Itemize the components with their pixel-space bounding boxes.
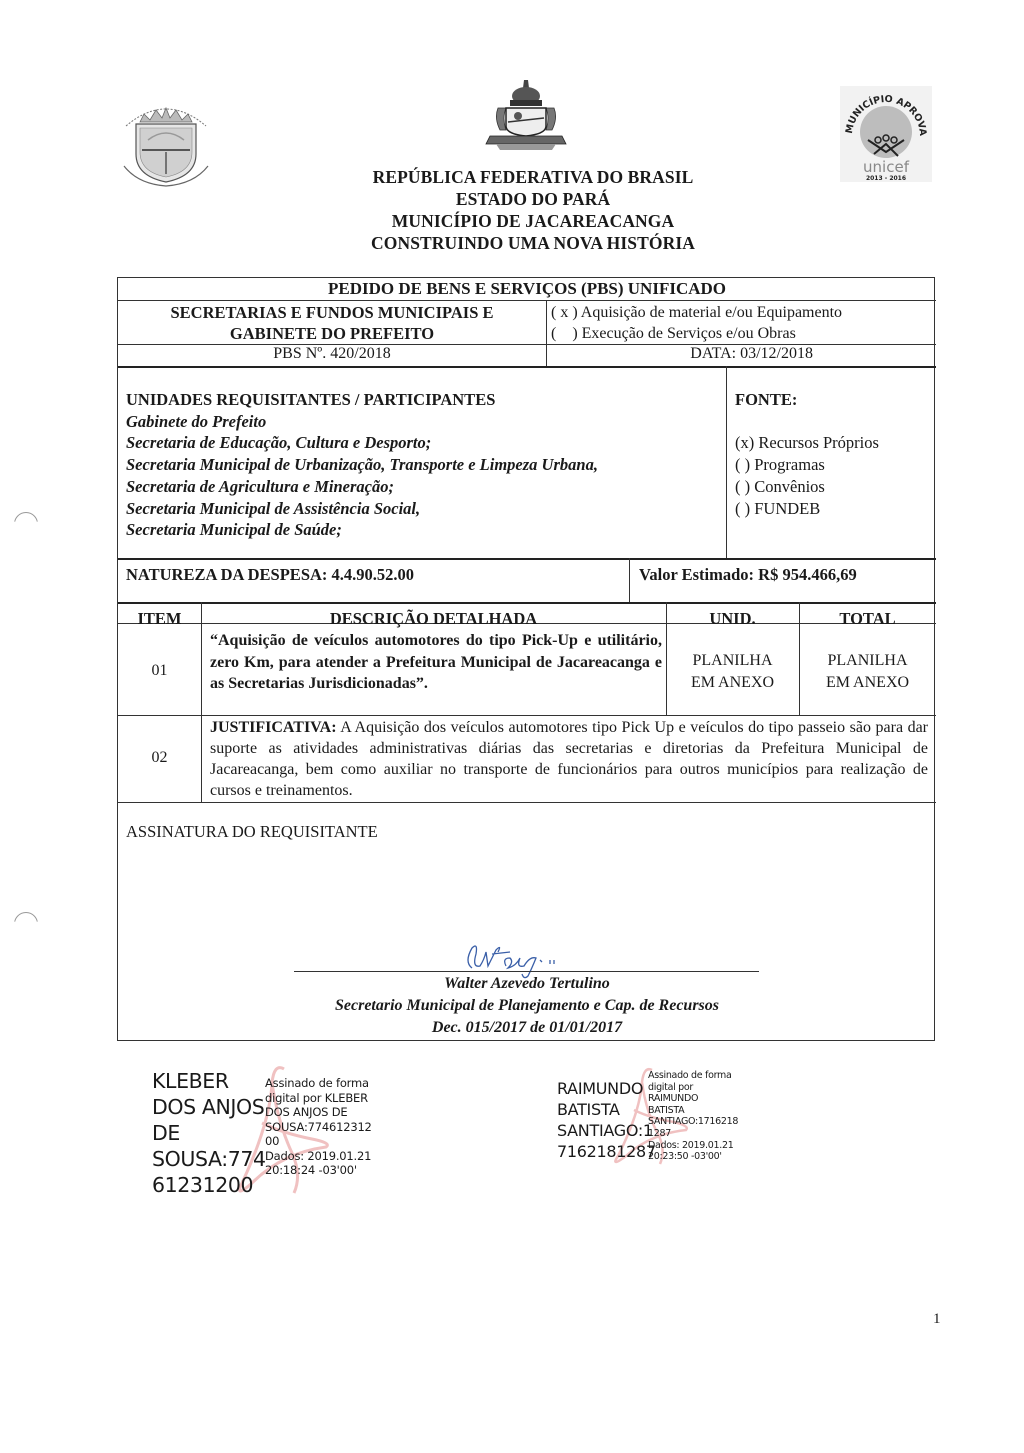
divider bbox=[118, 366, 936, 368]
option-acquisition[interactable]: ( x ) Aquisição de material e/ou Equipam… bbox=[551, 302, 842, 323]
unicef-seal-icon: MUNICÍPIO APROVADO unicef 2013 - 2016 bbox=[838, 84, 934, 184]
funding-source: FONTE: (x) Recursos Próprios ( ) Program… bbox=[735, 389, 879, 519]
divider bbox=[118, 715, 936, 716]
unit-item: Secretaria de Educação, Cultura e Despor… bbox=[126, 432, 598, 454]
signature-line bbox=[294, 971, 759, 972]
divider bbox=[546, 300, 547, 345]
estimated-value: Valor Estimado: R$ 954.466,69 bbox=[639, 565, 857, 585]
pbs-number: PBS Nº. 420/2018 bbox=[118, 345, 546, 363]
divider bbox=[118, 602, 936, 604]
punch-hole-mark bbox=[14, 512, 38, 536]
fonte-checkbox[interactable]: ( ) bbox=[735, 455, 750, 474]
signer-block: Walter Azevedo Tertulino Secretario Muni… bbox=[118, 973, 936, 1039]
header-line-slogan: CONSTRUINDO UMA NOVA HISTÓRIA bbox=[300, 232, 766, 254]
row-justification: JUSTIFICATIVA: A Aquisição dos veículos … bbox=[210, 717, 928, 801]
requesting-units: UNIDADES REQUISITANTES / PARTICIPANTES G… bbox=[126, 389, 598, 541]
expense-nature: NATUREZA DA DESPESA: 4.4.90.52.00 bbox=[126, 565, 414, 585]
column-header-unid: UNID. bbox=[666, 609, 799, 629]
request-type-options: ( x ) Aquisição de material e/ou Equipam… bbox=[551, 302, 842, 344]
row-item-number: 02 bbox=[118, 749, 201, 767]
digital-signature-name: KLEBER DOS ANJOS DE SOUSA:774 61231200 bbox=[152, 1068, 266, 1198]
column-header-item: ITEM bbox=[118, 609, 201, 629]
pbs-form: PEDIDO DE BENS E SERVIÇOS (PBS) UNIFICAD… bbox=[117, 277, 935, 1041]
unit-item: Secretaria Municipal de Urbanização, Tra… bbox=[126, 454, 598, 476]
pbs-date: DATA: 03/12/2018 bbox=[548, 345, 936, 363]
divider bbox=[118, 558, 936, 560]
signer-role: Secretario Municipal de Planejamento e C… bbox=[118, 995, 936, 1017]
svg-text:unicef: unicef bbox=[863, 158, 910, 176]
fonte-option-convenios[interactable]: ( ) Convênios bbox=[735, 476, 879, 498]
fonte-option-programas[interactable]: ( ) Programas bbox=[735, 454, 879, 476]
row-description: “Aquisição de veículos automotores do ti… bbox=[210, 630, 662, 695]
fonte-heading: FONTE: bbox=[735, 389, 879, 411]
divider bbox=[546, 344, 547, 366]
divider bbox=[118, 300, 936, 301]
form-title: PEDIDO DE BENS E SERVIÇOS (PBS) UNIFICAD… bbox=[118, 279, 936, 299]
page-number: 1 bbox=[933, 1311, 941, 1328]
justification-label: JUSTIFICATIVA: bbox=[210, 719, 337, 736]
punch-hole-mark bbox=[14, 912, 38, 936]
para-state-coat-of-arms-icon bbox=[482, 78, 570, 152]
fonte-option-fundeb[interactable]: ( ) FUNDEB bbox=[735, 498, 879, 520]
option-checkbox[interactable]: ( ) bbox=[551, 325, 578, 342]
digital-signature-details: Assinado de forma digital por RAIMUNDO B… bbox=[648, 1070, 738, 1163]
row-unid: PLANILHA EM ANEXO bbox=[666, 650, 799, 694]
divider bbox=[629, 558, 630, 602]
signature-label: ASSINATURA DO REQUISITANTE bbox=[126, 822, 378, 842]
column-header-total: TOTAL bbox=[799, 609, 936, 629]
divider bbox=[118, 802, 936, 803]
header-line-state: ESTADO DO PARÁ bbox=[300, 188, 766, 210]
units-heading: UNIDADES REQUISITANTES / PARTICIPANTES bbox=[126, 389, 598, 411]
signer-decree: Dec. 015/2017 de 01/01/2017 bbox=[118, 1017, 936, 1039]
secretarias-label: SECRETARIAS E FUNDOS MUNICIPAIS E GABINE… bbox=[118, 302, 546, 344]
unit-item: Secretaria Municipal de Saúde; bbox=[126, 519, 598, 541]
fonte-checkbox[interactable]: ( ) bbox=[735, 499, 750, 518]
option-checkbox[interactable]: ( x ) bbox=[551, 304, 578, 321]
fonte-checkbox[interactable]: ( ) bbox=[735, 477, 750, 496]
row-item-number: 01 bbox=[118, 662, 201, 680]
unit-item: Secretaria Municipal de Assistência Soci… bbox=[126, 498, 598, 520]
digital-signature-name: RAIMUNDO BATISTA SANTIAGO:1 7162181287 bbox=[557, 1078, 656, 1162]
fonte-option-recursos-proprios[interactable]: (x) Recursos Próprios bbox=[735, 432, 879, 454]
option-label: Aquisição de material e/ou Equipamento bbox=[581, 304, 842, 321]
header-line-municipality: MUNICÍPIO DE JACAREACANGA bbox=[300, 210, 766, 232]
document-header: REPÚBLICA FEDERATIVA DO BRASIL ESTADO DO… bbox=[300, 166, 766, 254]
municipal-coat-of-arms-icon bbox=[118, 96, 214, 188]
digital-signature-details: Assinado de forma digital por KLEBER DOS… bbox=[265, 1076, 372, 1178]
divider bbox=[201, 602, 202, 802]
row-total: PLANILHA EM ANEXO bbox=[799, 650, 936, 694]
svg-text:2013 - 2016: 2013 - 2016 bbox=[866, 175, 906, 182]
header-line-republic: REPÚBLICA FEDERATIVA DO BRASIL bbox=[300, 166, 766, 188]
unit-item: Gabinete do Prefeito bbox=[126, 411, 598, 433]
fonte-checkbox[interactable]: (x) bbox=[735, 433, 754, 452]
divider bbox=[726, 366, 727, 558]
column-header-description: DESCRIÇÃO DETALHADA bbox=[201, 609, 666, 629]
unit-item: Secretaria de Agricultura e Mineração; bbox=[126, 476, 598, 498]
option-label: Execução de Serviços e/ou Obras bbox=[582, 325, 796, 342]
signer-name: Walter Azevedo Tertulino bbox=[118, 973, 936, 995]
option-services[interactable]: ( ) Execução de Serviços e/ou Obras bbox=[551, 323, 842, 344]
